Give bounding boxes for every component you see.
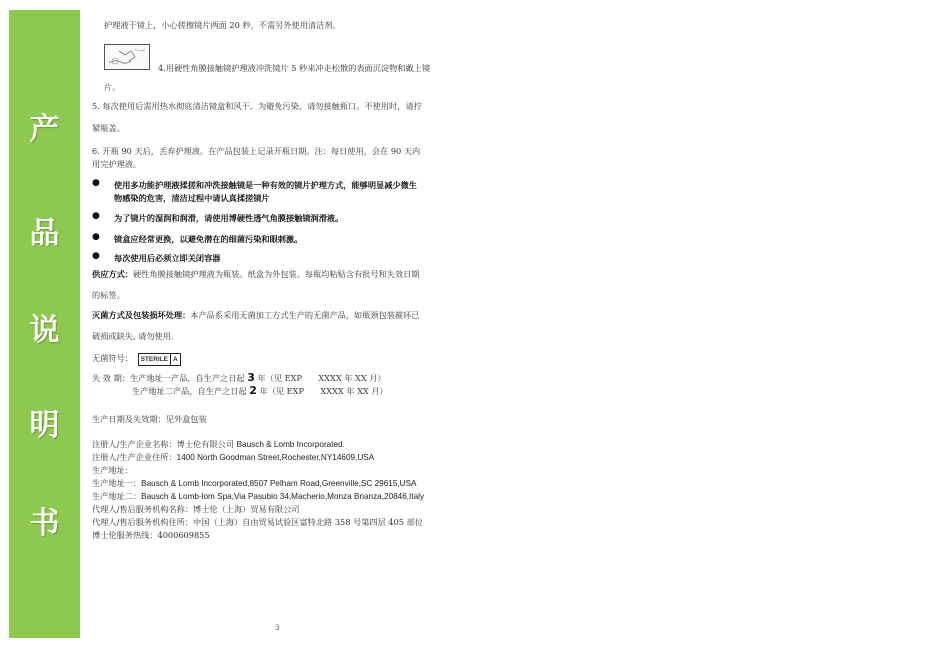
paragraph: 5. 每次使用后需用热水彻底清洁镜盒和风干。为避免污染，请勿接触瓶口。不使用时，… — [92, 100, 422, 112]
sterile-symbol-label: 无菌符号： — [92, 353, 133, 363]
agent-name: 代理人/售后服务机构名称：博士伦（上海）贸易有限公司 — [92, 503, 299, 515]
service-hotline: 博士伦服务热线：4000609855 — [92, 529, 210, 541]
bullet-icon: ● — [92, 251, 100, 261]
paragraph: 4.用硬性角膜接触镜护理液冲洗镜片 5 秒来冲走松散的表面沉淀物和戴上镜 — [158, 62, 430, 74]
production-address-2: 生产地址二：Bausch & Lomb-lom Spa,Via Pasubio … — [92, 490, 424, 503]
production-address-label: 生产地址： — [92, 464, 133, 476]
title-char: 明 — [9, 408, 80, 444]
bullet-item: 为了镜片的湿润和润滑，请使用博硬性透气角膜接触镜润滑液。 — [114, 212, 343, 224]
sterile-symbol-row: 无菌符号： STERILEA — [92, 352, 181, 366]
agent-address: 代理人/售后服务机构住所：中国（上海）自由贸易试验区富特北路 358 号第四层 … — [92, 516, 423, 528]
title-char: 品 — [9, 216, 80, 252]
production-date: 生产日期及失效期：见外盒包装 — [92, 413, 207, 425]
paragraph: 6. 开瓶 90 天后，丢弃护理液。在产品包装上记录开瓶日期。注：每日使用，会在… — [92, 145, 420, 157]
supply-label: 供应方式： — [92, 269, 133, 279]
title-sidebar: 产 品 说 明 书 — [9, 10, 80, 638]
paragraph: 片。 — [104, 81, 120, 93]
title-char: 说 — [9, 313, 80, 349]
expiry-years: 3 — [247, 371, 255, 384]
paragraph: 紧瓶盖。 — [92, 122, 125, 134]
sterile-a-symbol-icon: STERILEA — [138, 353, 181, 366]
title-char: 书 — [9, 506, 80, 542]
expiry-row-2: 生产地址二产品，自生产之日起 2 年（见 EXP XXXX 年 XX 月） — [132, 385, 388, 397]
supply-text: 硬性角膜接触镜护理液为瓶装。纸盒为外包装。每瓶均粘贴含有批号和失效日期 — [133, 269, 420, 279]
bullet-icon: ● — [92, 211, 100, 221]
supply-paragraph: 供应方式：硬性角膜接触镜护理液为瓶装。纸盒为外包装。每瓶均粘贴含有批号和失效日期 — [92, 268, 420, 280]
paragraph: 的标签。 — [92, 289, 125, 301]
bullet-icon: ● — [92, 178, 100, 188]
expiry-label: 失 效 期： — [92, 373, 130, 383]
title-char: 产 — [9, 112, 80, 148]
registrant-name: 注册人/生产企业名称：博士伦有限公司 Bausch & Lomb Incorpo… — [92, 438, 345, 451]
page-number: 3 — [275, 624, 279, 632]
bullet-item: 使用多功能护理液揉搓和冲洗接触镜是一种有效的镜片护理方式，能够明显减少微生 — [114, 179, 417, 191]
paragraph: 用完护理液。 — [92, 158, 141, 170]
registrant-address: 注册人/生产企业住所：1400 North Goodman Street,Roc… — [92, 451, 374, 464]
paragraph: 护理液于镜上，小心搓擦镜片两面 20 秒，不需另外使用清洁剂。 — [104, 19, 341, 31]
expiry-row-1: 失 效 期：生产地址一产品，自生产之日起 3 年（见 EXP XXXX 年 XX… — [92, 372, 386, 384]
sterilize-paragraph: 灭菌方式及包装损坏处理：本产品系采用无菌加工方式生产的无菌产品，如瓶颈包装箍环已 — [92, 309, 420, 321]
sterilize-label: 灭菌方式及包装损坏处理： — [92, 310, 190, 320]
bullet-icon: ● — [92, 232, 100, 242]
expiry-years: 2 — [249, 384, 257, 397]
production-address-1: 生产地址一：Bausch & Lomb Incorporated,8507 Pe… — [92, 477, 417, 490]
bullet-item: 每次使用后必须立即关闭容器 — [114, 252, 220, 264]
paragraph: 破损或缺失, 请勿使用. — [92, 330, 174, 342]
sterilize-text: 本产品系采用无菌加工方式生产的无菌产品，如瓶颈包装箍环已 — [190, 310, 419, 320]
bullet-item: 物感染的危害，清洁过程中请认真揉搓镜片 — [114, 192, 270, 204]
lens-rinsing-illustration-icon — [104, 44, 150, 70]
bullet-item: 镜盒应经常更换，以避免潜在的细菌污染和眼刺激。 — [114, 233, 302, 245]
